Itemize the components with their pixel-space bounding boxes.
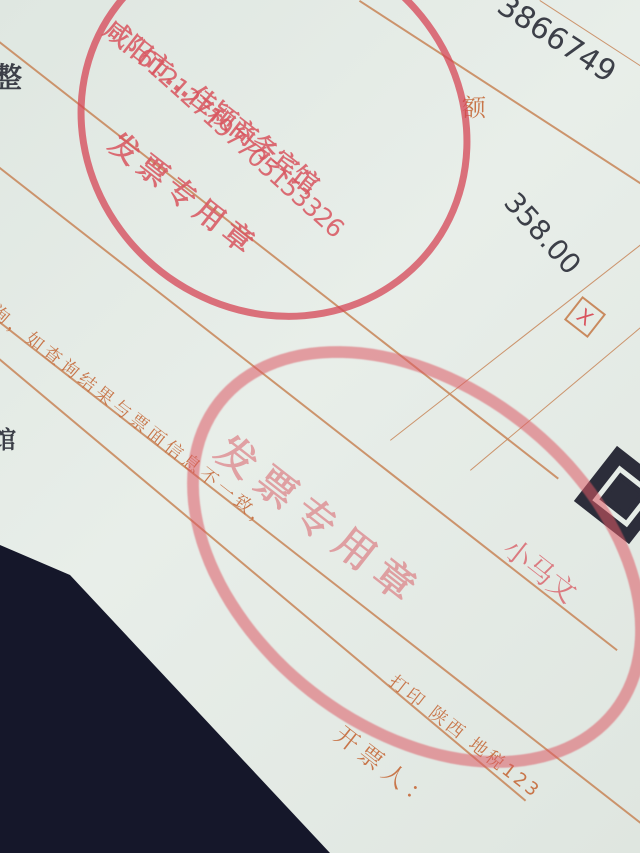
invoice-photo: 3866749 358.00 整 馆 额 询，如查询结果与票面信息不一致， 开票…: [0, 0, 640, 853]
left-char-top: 整: [0, 56, 22, 96]
left-char-mid: 馆: [0, 420, 16, 455]
